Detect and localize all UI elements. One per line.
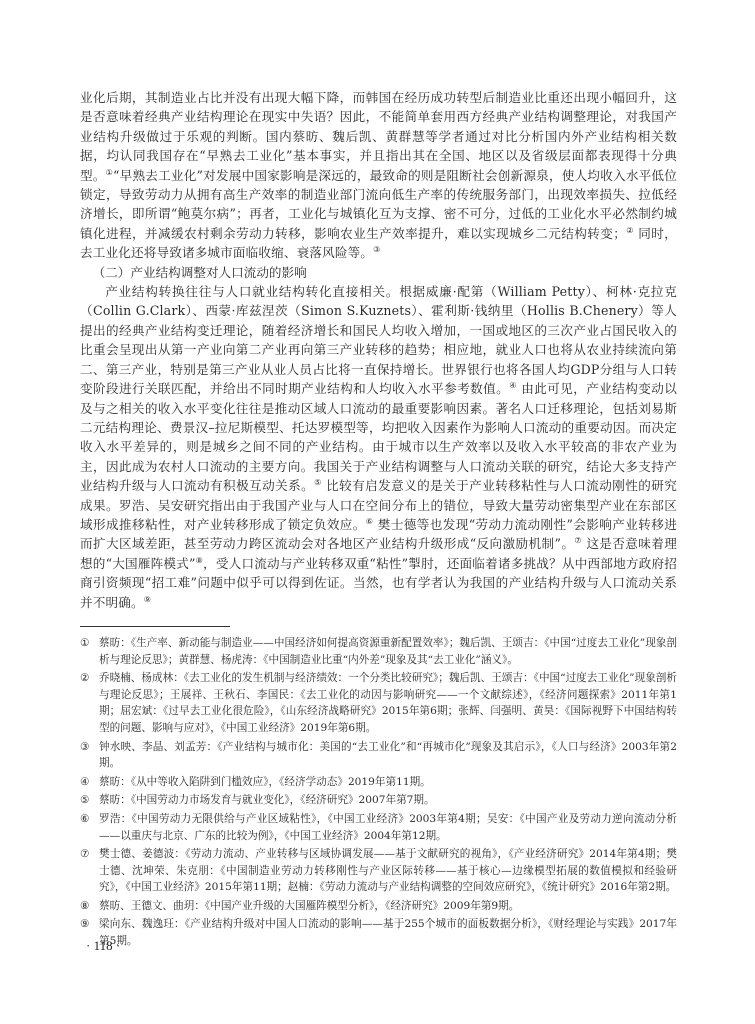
footnote-ref-7[interactable]: ⑦ bbox=[574, 536, 582, 545]
footnote-number: ⑧ bbox=[80, 898, 99, 915]
footnote-number: ③ bbox=[80, 739, 99, 772]
footnote-number: ④ bbox=[80, 774, 99, 791]
footnote-item: ⑨梁向东、魏逸玨：《产业结构升级对中国人口流动的影响——基于255个城市的面板数… bbox=[80, 916, 677, 949]
footnote-ref-4[interactable]: ④ bbox=[509, 381, 517, 390]
footnote-text: 蔡昉、王德文、曲玥：《中国产业升级的大国雁阵模型分析》，《经济研究》2009年第… bbox=[99, 898, 677, 915]
section-heading: （二）产业结构调整对人口流动的影响 bbox=[80, 263, 677, 282]
footnote-number: ⑦ bbox=[80, 846, 99, 896]
page-number: · 118 · bbox=[86, 938, 120, 954]
footnote-ref-8[interactable]: ⑧ bbox=[196, 556, 203, 565]
footnote-item: ⑥罗浩：《中国劳动力无限供给与产业区域粘性》，《中国工业经济》2003年第4期；… bbox=[80, 811, 677, 844]
footnote-number: ⑥ bbox=[80, 811, 99, 844]
body-text: 业化后期，其制造业占比并没有出现大幅下降，而韩国在经历成功转型后制造业比重还出现… bbox=[80, 88, 677, 612]
footnote-text: 樊士德、姜德波：《劳动力流动、产业转移与区域协调发展——基于文献研究的视角》，《… bbox=[99, 846, 677, 896]
text-run: “早熟去工业化”对发展中国家影响是深远的，最致命的则是阻断社会创新源泉，使人均收… bbox=[80, 168, 677, 241]
footnote-text: 蔡昉：《生产率、新动能与制造业——中国经济如何提高资源重新配置效率》；魏后凯、王… bbox=[99, 635, 677, 668]
footnote-ref-3[interactable]: ③ bbox=[373, 245, 380, 254]
footnote-number: ② bbox=[80, 670, 99, 736]
footnote-text: 罗浩：《中国劳动力无限供给与产业区域粘性》，《中国工业经济》2003年第4期；吴… bbox=[99, 811, 677, 844]
footnote-ref-1[interactable]: ① bbox=[106, 168, 113, 177]
footnote-number: ⑤ bbox=[80, 792, 99, 809]
footnote-item: ③钟水映、李晶、刘孟芳：《产业结构与城市化：美国的“去工业化”和“再城市化”现象… bbox=[80, 739, 677, 772]
text-run: 产业结构转换往往与人口就业结构转化直接相关。根据威廉·配第（William Pe… bbox=[80, 284, 677, 396]
footnote-text: 梁向东、魏逸玨：《产业结构升级对中国人口流动的影响——基于255个城市的面板数据… bbox=[99, 916, 677, 949]
footnote-ref-6[interactable]: ⑥ bbox=[366, 517, 374, 526]
footnote-text: 蔡昉：《中国劳动力市场发育与就业变化》，《经济研究》2007年第7期。 bbox=[99, 792, 677, 809]
footnote-item: ④蔡昉：《从中等收入陷阱到门槛效应》，《经济学动态》2019年第11期。 bbox=[80, 774, 677, 791]
footnote-ref-5[interactable]: ⑤ bbox=[314, 478, 322, 487]
footnote-item: ②乔晓楠、杨成林：《去工业化的发生机制与经济绩效：一个分类比较研究》；魏后凯、王… bbox=[80, 670, 677, 736]
footnote-separator bbox=[80, 626, 230, 627]
paragraph: 产业结构转换往往与人口就业结构转化直接相关。根据威廉·配第（William Pe… bbox=[80, 282, 677, 612]
footnote-item: ⑦樊士德、姜德波：《劳动力流动、产业转移与区域协调发展——基于文献研究的视角》，… bbox=[80, 846, 677, 896]
footnote-ref-9[interactable]: ⑨ bbox=[144, 595, 151, 604]
footnote-text: 钟水映、李晶、刘孟芳：《产业结构与城市化：美国的“去工业化”和“再城市化”现象及… bbox=[99, 739, 677, 772]
footnote-text: 蔡昉：《从中等收入陷阱到门槛效应》，《经济学动态》2019年第11期。 bbox=[99, 774, 677, 791]
footnote-item: ⑤蔡昉：《中国劳动力市场发育与就业变化》，《经济研究》2007年第7期。 bbox=[80, 792, 677, 809]
footnote-item: ⑧蔡昉、王德文、曲玥：《中国产业升级的大国雁阵模型分析》，《经济研究》2009年… bbox=[80, 898, 677, 915]
paper-page: 业化后期，其制造业占比并没有出现大幅下降，而韩国在经历成功转型后制造业比重还出现… bbox=[80, 88, 677, 952]
text-run: 由此可见，产业结构变动以及与之相关的收入水平变化往往是推动区域人口流动的最重要影… bbox=[80, 381, 677, 493]
footnote-ref-2[interactable]: ② bbox=[626, 226, 634, 235]
paragraph-continuation: 业化后期，其制造业占比并没有出现大幅下降，而韩国在经历成功转型后制造业比重还出现… bbox=[80, 88, 677, 263]
footnote-number: ① bbox=[80, 635, 99, 668]
footnote-item: ①蔡昉：《生产率、新动能与制造业——中国经济如何提高资源重新配置效率》；魏后凯、… bbox=[80, 635, 677, 668]
footnotes: ①蔡昉：《生产率、新动能与制造业——中国经济如何提高资源重新配置效率》；魏后凯、… bbox=[80, 635, 677, 950]
footnote-text: 乔晓楠、杨成林：《去工业化的发生机制与经济绩效：一个分类比较研究》；魏后凯、王颂… bbox=[99, 670, 677, 736]
